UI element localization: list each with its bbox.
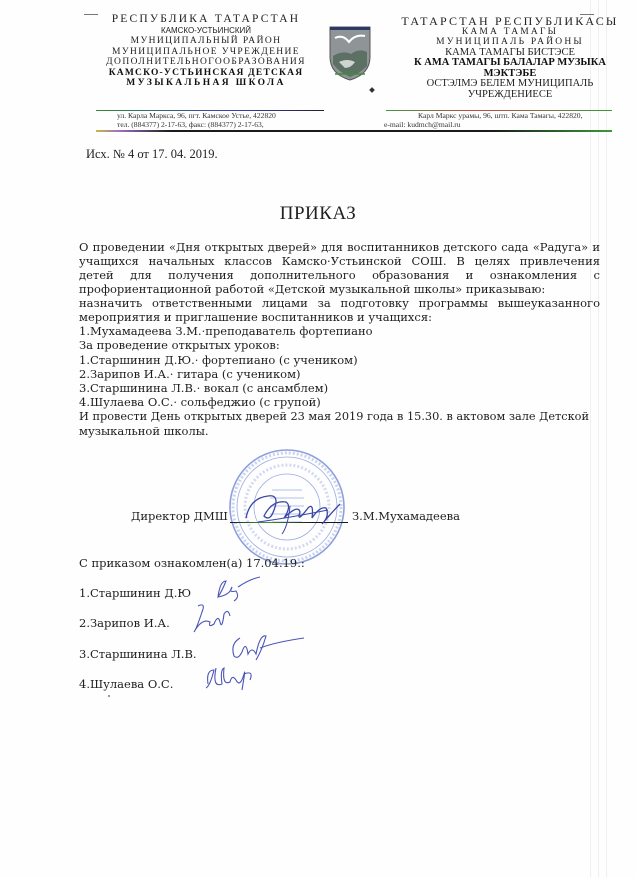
lesson-item-2: 2.Зарипов И.А.· гитара (с учеником) <box>79 367 301 381</box>
director-signature-icon <box>238 488 348 538</box>
scan-artifact <box>606 0 607 877</box>
signature-position: Директор ДМШ <box>131 509 228 523</box>
header-right-school: К АМА ТАМАГЫ БАЛАЛАР МУЗЫКА <box>388 58 632 69</box>
address-left-street: ул. Карла Маркса, 96, пгт. Камское Устье… <box>117 111 276 120</box>
lessons-heading: За проведение открытых уроков: <box>79 338 280 352</box>
closing-line-1: И провести День открытых дверей 23 мая 2… <box>79 410 589 424</box>
lesson-item-1: 1.Старшинин Д.Ю.· фортепиано (с учеником… <box>79 353 358 367</box>
signature-starshinin-icon <box>212 575 262 603</box>
intro-line-4: профориентационной работой «Детской музы… <box>79 282 545 296</box>
address-left: ул. Карла Маркса, 96, пгт. Камское Устье… <box>117 111 276 129</box>
scan-mark <box>108 695 110 697</box>
assign-line-1: назначить ответственными лицами за подго… <box>79 296 600 310</box>
header-left-republic: РЕСПУБЛИКА ТАТАРСТАН <box>86 14 326 25</box>
intro-line-1: О проведении «Дня открытых дверей» для в… <box>79 240 600 254</box>
acknowledged-person-3: 3.Старшинина Л.В. <box>79 647 197 661</box>
coat-of-arms-icon <box>325 22 375 82</box>
acknowledged-person-1: 1.Старшинин Д.Ю <box>79 586 191 600</box>
address-right: Карл Маркс урамы, 96, штп. Кама Тамагы, … <box>384 111 583 129</box>
header-left-institution: МУНИЦИПАЛЬНОЕ УЧРЕЖДЕНИЕ <box>86 47 326 58</box>
address-left-phone: тел. (884377) 2-17-63, факс: (884377) 2-… <box>117 120 276 129</box>
header-rule-right-bottom <box>346 130 612 132</box>
header-rule-left-bottom <box>96 130 346 132</box>
intro-line-3: детей для получения дополнительного обра… <box>79 268 600 282</box>
intro-line-2: учащихся начальных классов Камско·Устьин… <box>79 254 600 268</box>
header-left-education: ДОПОЛНИТЕЛЬНОГООБРАЗОВАНИЯ <box>86 57 326 68</box>
header-right-institution: ОСТЭЛМЭ БЕЛЕМ МУНИЦИПАЛЬ <box>388 79 632 90</box>
assign-line-2: мероприятия и приглашение воспитанников … <box>79 310 432 324</box>
lesson-item-3: 3.Старшинина Л.В.· вокал (с ансамблем) <box>79 381 328 395</box>
header-right-municipal: МУНИЦИПАЛЬ РАЙОНЫ <box>388 37 632 48</box>
header-right-institution-2: УЧРЕЖДЕНИЕСЕ <box>388 90 632 101</box>
acknowledged-person-4: 4.Шулаева О.С. <box>79 677 173 691</box>
signature-name: З.М.Мухамадеева <box>352 509 460 523</box>
header-left-russian: РЕСПУБЛИКА ТАТАРСТАН КАМСКО-УСТЬИНСКИЙ М… <box>86 14 326 89</box>
header-right-district: КАМА ТАМАГЫ <box>388 27 632 38</box>
header-left-school: КАМСКО-УСТЬИНСКАЯ ДЕТСКАЯ <box>86 68 326 79</box>
signature-shulaeva-icon <box>200 660 260 696</box>
address-right-email: e-mail: kudmch@mail.ru <box>384 120 583 129</box>
header-left-municipal: МУНИЦИПАЛЬНЫЙ РАЙОН <box>86 36 326 47</box>
header-right-tatar: ТАТАРСТАН РЕСПУБЛИКАСЫ КАМА ТАМАГЫ МУНИЦ… <box>388 16 632 100</box>
acknowledged-heading: С приказом ознакомлен(а) 17.04.19.: <box>79 556 305 570</box>
responsible-person: 1.Мухамадеева З.М.·преподаватель фортепи… <box>79 324 373 338</box>
lesson-item-4: 4.Шулаева О.С.· сольфеджио (с групой) <box>79 395 321 409</box>
scan-mark <box>369 87 375 93</box>
header-left-school-2: МУЗЫКАЛЬНАЯ ШКОЛА <box>86 78 326 89</box>
acknowledged-person-2: 2.Зарипов И.А. <box>79 616 170 630</box>
document-reference: Исх. № 4 от 17. 04. 2019. <box>86 147 218 162</box>
address-right-street: Карл Маркс урамы, 96, штп. Кама Тамагы, … <box>384 111 583 120</box>
closing-line-2: музыкальной школы. <box>79 424 209 438</box>
document-title: ПРИКАЗ <box>0 203 636 225</box>
header-left-district: КАМСКО-УСТЬИНСКИЙ <box>86 26 326 37</box>
scanned-document-page: РЕСПУБЛИКА ТАТАРСТАН КАМСКО-УСТЬИНСКИЙ М… <box>0 0 636 877</box>
header-right-republic: ТАТАРСТАН РЕСПУБЛИКАСЫ <box>388 16 632 27</box>
scan-artifact <box>590 0 591 877</box>
scan-artifact <box>598 0 599 877</box>
